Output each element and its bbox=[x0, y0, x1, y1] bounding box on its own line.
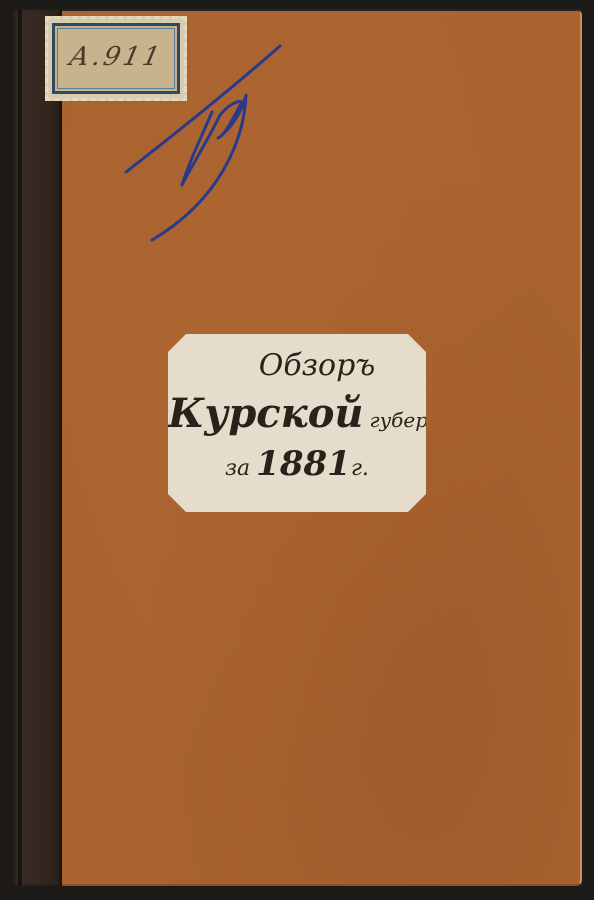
title-line-2: Курскойгуберн. bbox=[168, 390, 426, 437]
blue-ink-mark-icon bbox=[120, 40, 290, 250]
title-year-prefix: за bbox=[225, 456, 250, 481]
title-line-3: за1881г. bbox=[168, 444, 426, 484]
title-year: 1881 bbox=[256, 444, 351, 484]
title-province: Курской bbox=[168, 390, 363, 437]
spine-edge bbox=[18, 9, 22, 886]
title-line-1: Обзоръ bbox=[208, 348, 426, 383]
title-year-suffix: г. bbox=[351, 456, 369, 481]
title-label: Обзоръ Курскойгуберн. за1881г. bbox=[168, 334, 426, 512]
